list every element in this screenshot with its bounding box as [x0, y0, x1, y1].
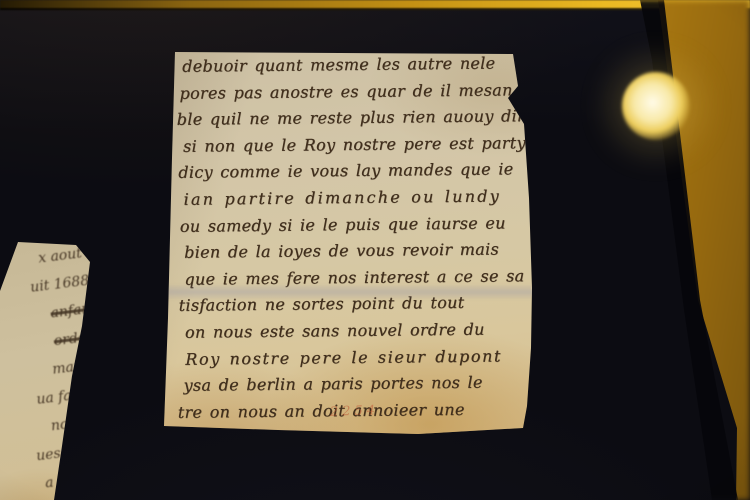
letter-line: ysa de berlin a paris portes nos le	[183, 369, 525, 399]
catalog-number: 2254	[330, 403, 380, 420]
letter-line: Roy nostre pere le sieur dupont	[185, 343, 525, 373]
main-letter-sheet: debuoir quant mesme les autre nele pores…	[158, 38, 536, 436]
letter-line: ian partire dimanche ou lundy	[183, 183, 523, 213]
letter-line: dicy comme ie vous lay mandes que ie	[178, 157, 523, 187]
letter-line: ble quil ne me reste plus rien auouy dir…	[177, 103, 523, 133]
fragment-line: nous	[21, 408, 86, 443]
letter-line: ou samedy si ie le puis que iaurse eu	[180, 210, 524, 240]
left-letter-fragment: x aout uit 1688 anfane orde mais si ua f…	[0, 236, 100, 500]
letter-line: on nous este sans nouvel ordre du	[185, 316, 525, 346]
case-top-frame-reflection	[0, 0, 750, 10]
letter-handwriting: debuoir quant mesme les autre nele pores…	[182, 50, 526, 426]
glass-reflection-band	[158, 284, 536, 300]
letter-line: debuoir quant mesme les autre nele	[182, 50, 522, 80]
letter-line: bien de la ioyes de vous revoir mais	[184, 236, 524, 266]
museum-case-photo: x aout uit 1688 anfane orde mais si ua f…	[0, 0, 750, 500]
fragment-handwriting: x aout uit 1688 anfane orde mais si ua f…	[1, 238, 123, 499]
letter-line: pores pas anostre es quar de il mesan	[179, 77, 522, 107]
lamp-reflection-orb	[622, 72, 690, 140]
letter-line: si non que le Roy nostre pere est party	[183, 130, 523, 160]
